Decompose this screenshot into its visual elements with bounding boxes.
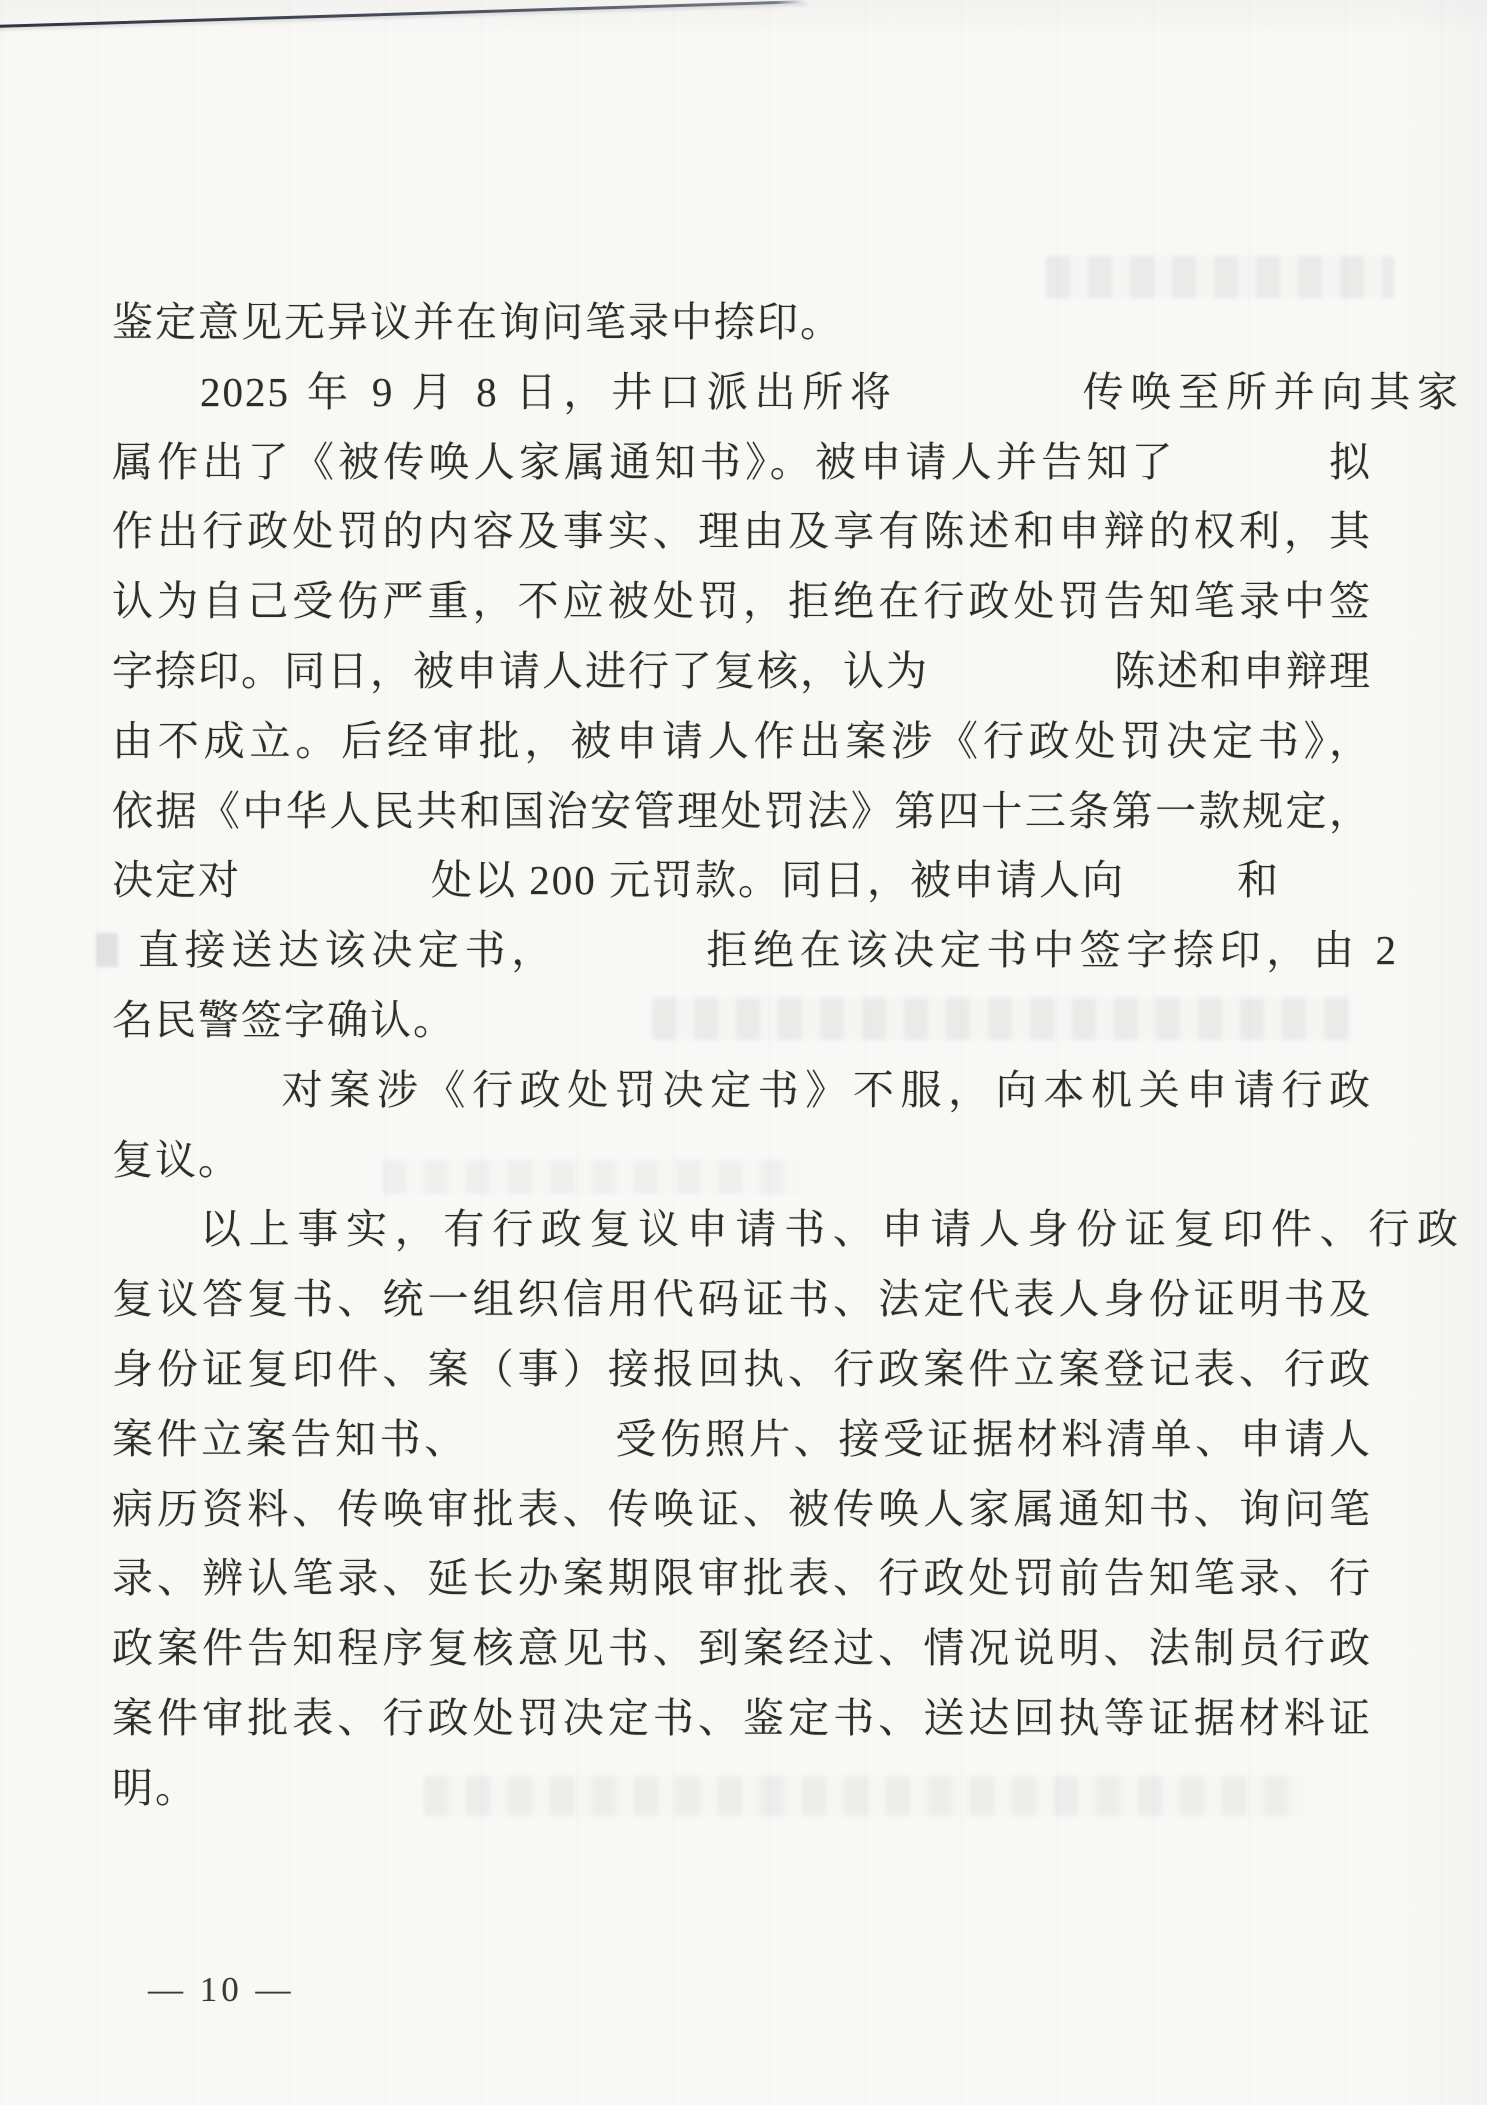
- line-text: 鉴定意见无异议并在询问笔录中捺印。: [112, 299, 843, 345]
- line-text: 明。: [112, 1765, 198, 1811]
- line-text: 拟: [1327, 439, 1372, 485]
- document-line: 名民警签字确认。: [112, 985, 1372, 1055]
- document-line: 病历资料、传唤审批表、传唤证、被传唤人家属通知书、询问笔: [112, 1474, 1372, 1544]
- document-line: 以上事实，有行政复议申请书、申请人身份证复印件、行政: [112, 1194, 1460, 1264]
- redacted-blank: [898, 393, 1078, 401]
- document-line: 2025 年 9 月 8 日，井口派出所将传唤至所并向其家: [112, 357, 1460, 427]
- line-text: 直接送达该决定书，: [138, 927, 558, 973]
- line-text: 拒绝在该决定书中签字捺印，由 2: [703, 927, 1398, 973]
- line-text: 案件审批表、行政处罚决定书、鉴定书、送达回执等证据材料证: [112, 1695, 1372, 1741]
- document-line: 作出行政处罚的内容及事实、理由及享有陈述和申辩的权利，其: [112, 496, 1372, 566]
- line-text: 名民警签字确认。: [112, 997, 456, 1043]
- line-text: 和: [1237, 857, 1280, 903]
- line-text: 对案涉《行政处罚决定书》不服，向本机关申请行政: [277, 1067, 1372, 1113]
- line-text: 作出行政处罚的内容及事实、理由及享有陈述和申辩的权利，其: [112, 508, 1372, 554]
- redacted-blank: [558, 951, 703, 959]
- redacted-blank: [241, 881, 431, 889]
- line-text: 2025 年 9 月 8 日，井口派出所将: [200, 369, 898, 415]
- document-line: 字捺印。同日，被申请人进行了复核，认为陈述和申辩理: [112, 636, 1372, 706]
- document-line: 政案件告知程序复核意见书、到案经过、情况说明、法制员行政: [112, 1613, 1372, 1683]
- line-text: 由不成立。后经审批，被申请人作出案涉《行政处罚决定书》，: [112, 718, 1372, 764]
- document-line: 依据《中华人民共和国治安管理处罚法》第四十三条第一款规定，: [112, 776, 1372, 846]
- redacted-blank: [929, 672, 1114, 680]
- line-text: 案件立案告知书、: [112, 1416, 469, 1462]
- line-text: 录、辨认笔录、延长办案期限审批表、行政处罚前告知笔录、行: [112, 1555, 1372, 1601]
- line-text: 认为自己受伤严重，不应被处罚，拒绝在行政处罚告知笔录中签: [112, 578, 1372, 624]
- line-text: 属作出了《被传唤人家属通知书》。被申请人并告知了: [112, 439, 1177, 485]
- document-line: 明。: [112, 1753, 1372, 1823]
- page-number: — 10 —: [148, 1958, 295, 2022]
- document-line: 身份证复印件、案（事）接报回执、行政案件立案登记表、行政: [112, 1334, 1372, 1404]
- document-line: 由不成立。后经审批，被申请人作出案涉《行政处罚决定书》，: [112, 706, 1372, 776]
- document-line: 直接送达该决定书，拒绝在该决定书中签字捺印，由 2: [112, 915, 1398, 985]
- document-line: 复议答复书、统一组织信用代码证书、法定代表人身份证明书及: [112, 1264, 1372, 1334]
- line-text: 处以 200 元罚款。同日，被申请人向: [431, 857, 1125, 903]
- line-text: 传唤至所并向其家: [1078, 369, 1460, 415]
- redacted-blank: [469, 1440, 614, 1448]
- document-body: 鉴定意见无异议并在询问笔录中捺印。2025 年 9 月 8 日，井口派出所将传唤…: [0, 0, 1487, 2105]
- document-line: 决定对处以 200 元罚款。同日，被申请人向和: [112, 845, 1372, 915]
- redacted-blank: [112, 1091, 277, 1099]
- line-text: 字捺印。同日，被申请人进行了复核，认为: [112, 648, 929, 694]
- line-text: 复议。: [112, 1137, 241, 1183]
- line-text: 依据《中华人民共和国治安管理处罚法》第四十三条第一款规定，: [112, 788, 1372, 834]
- document-line: 录、辨认笔录、延长办案期限审批表、行政处罚前告知笔录、行: [112, 1543, 1372, 1613]
- document-line: 认为自己受伤严重，不应被处罚，拒绝在行政处罚告知笔录中签: [112, 566, 1372, 636]
- redacted-blank: [1125, 881, 1237, 889]
- line-text: 复议答复书、统一组织信用代码证书、法定代表人身份证明书及: [112, 1276, 1372, 1322]
- document-line: 属作出了《被传唤人家属通知书》。被申请人并告知了拟: [112, 427, 1372, 497]
- line-text: 病历资料、传唤审批表、传唤证、被传唤人家属通知书、询问笔: [112, 1486, 1372, 1532]
- line-text: 政案件告知程序复核意见书、到案经过、情况说明、法制员行政: [112, 1625, 1372, 1671]
- document-line: 对案涉《行政处罚决定书》不服，向本机关申请行政: [112, 1055, 1372, 1125]
- line-text: 身份证复印件、案（事）接报回执、行政案件立案登记表、行政: [112, 1346, 1372, 1392]
- document-line: 案件审批表、行政处罚决定书、鉴定书、送达回执等证据材料证: [112, 1683, 1372, 1753]
- redacted-blank: [1177, 463, 1327, 471]
- line-text: 陈述和申辩理: [1114, 648, 1372, 694]
- document-line: 鉴定意见无异议并在询问笔录中捺印。: [112, 287, 1372, 357]
- line-text: 以上事实，有行政复议申请书、申请人身份证复印件、行政: [200, 1206, 1460, 1252]
- line-text: 决定对: [112, 857, 241, 903]
- document-line: 案件立案告知书、受伤照片、接受证据材料清单、申请人: [112, 1404, 1372, 1474]
- document-line: 复议。: [112, 1125, 1372, 1195]
- line-text: 受伤照片、接受证据材料清单、申请人: [614, 1416, 1372, 1462]
